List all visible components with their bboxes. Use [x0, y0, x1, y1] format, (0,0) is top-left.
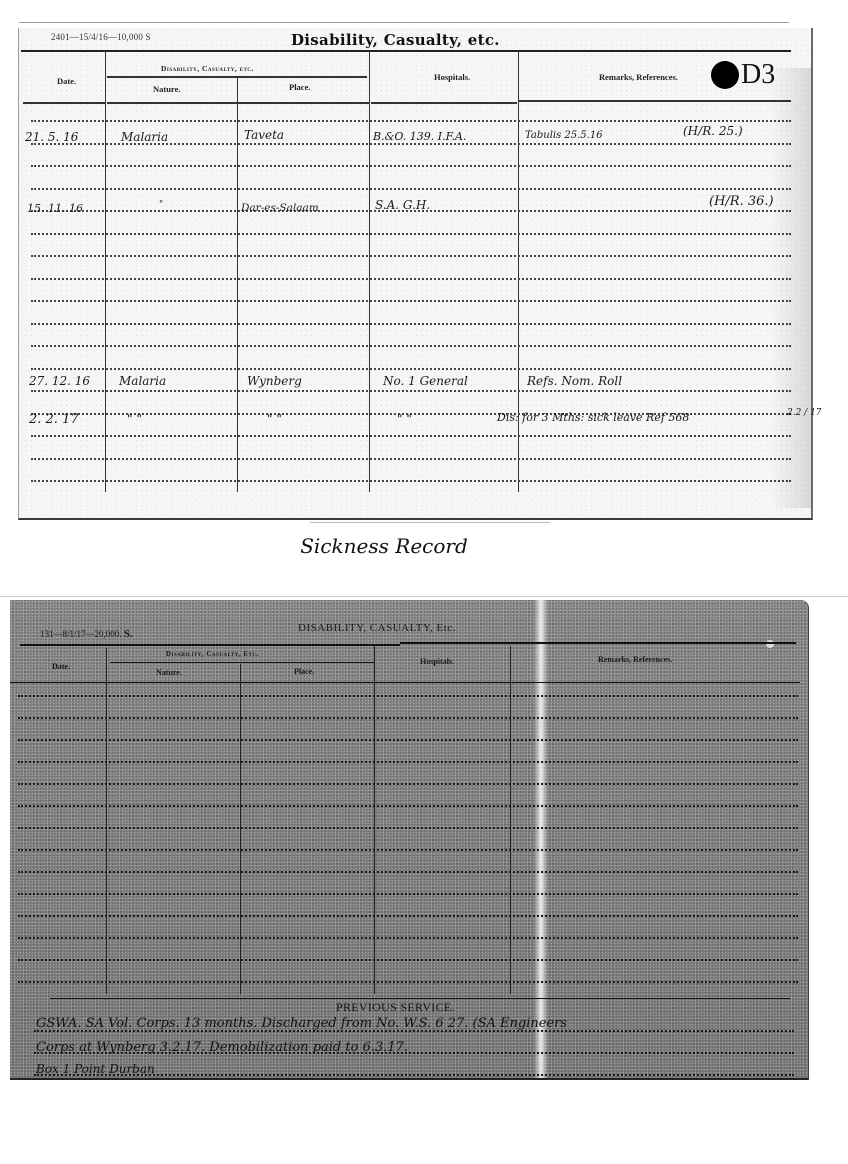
ruled-dotted-line	[18, 937, 798, 939]
serial-suffix: S.	[124, 628, 133, 640]
separator-line	[310, 522, 550, 523]
previous-service-line-2: Corps at Wynberg 3.2.17. Demobilization …	[36, 1040, 408, 1055]
header-remarks: Remarks, References.	[599, 72, 678, 82]
ruled-dotted-line	[18, 695, 798, 697]
column-divider	[374, 646, 375, 994]
entry-3-date: 27. 12. 16	[29, 374, 90, 388]
ruled-dotted-line	[18, 893, 798, 895]
entry-1-reference: (H/R. 25.)	[683, 124, 743, 138]
entry-4-date: 2. 2. 17	[29, 412, 79, 427]
header-bottom-rule	[10, 682, 800, 683]
ruled-dotted-line	[18, 871, 798, 873]
entry-2-nature: "	[159, 200, 163, 210]
header-hospitals: Hospitals.	[420, 657, 454, 666]
ruled-dotted-line	[18, 849, 798, 851]
entry-4-hospital: " "	[397, 412, 412, 426]
title-rule	[21, 50, 791, 52]
separator-line	[0, 596, 848, 597]
entry-4-nature: " "	[127, 412, 142, 426]
entry-4-reference: 2.2 / 17	[787, 408, 822, 418]
header-bottom-rule-date	[23, 102, 105, 104]
ruled-dotted-line	[18, 739, 798, 741]
ruled-dotted-line	[18, 717, 798, 719]
ruled-dotted-line	[31, 233, 791, 235]
title-rule	[400, 642, 796, 644]
header-bottom-rule-group	[107, 102, 369, 104]
ruled-dotted-line	[31, 278, 791, 280]
header-group-rule	[110, 662, 374, 663]
ruled-dotted-line	[31, 188, 791, 190]
top-edge-line	[19, 22, 789, 23]
header-place: Place.	[289, 82, 310, 92]
entry-3-remarks: Refs. Nom. Roll	[527, 374, 622, 388]
previous-service-rule	[50, 998, 790, 999]
header-nature: Nature.	[156, 668, 182, 677]
ruled-dotted-line	[18, 981, 798, 983]
previous-service-line-3: Box 1 Point Durban	[36, 1062, 155, 1076]
fold-crease	[534, 600, 548, 1078]
ruled-dotted-line	[31, 480, 791, 482]
header-disability-group: Disability, Casualty, Etc.	[166, 650, 259, 658]
column-divider	[510, 646, 511, 994]
entry-1-place: Taveta	[244, 128, 284, 142]
ruled-dotted-line	[31, 165, 791, 167]
form-serial-number: 131—8/1/17—20,000. S.	[40, 628, 133, 640]
column-divider	[369, 52, 370, 492]
ruled-dotted-line	[18, 805, 798, 807]
entry-2-place: Dar-es-Salaam	[241, 202, 319, 214]
entry-2-hospital: S.A. G.H.	[375, 198, 430, 212]
ruled-dotted-line	[31, 390, 791, 392]
header-bottom-rule-hospitals	[371, 102, 517, 104]
caption-text: Sickness Record	[300, 534, 468, 558]
previous-service-line-1: GSWA. SA Vol. Corps. 13 months. Discharg…	[36, 1016, 567, 1031]
ruled-dotted-line	[31, 345, 791, 347]
ruled-dotted-line	[18, 761, 798, 763]
sickness-record-card: 2401—15/4/16—10,000 S Disability, Casual…	[18, 28, 813, 520]
entry-1-date: 21. 5. 16	[25, 130, 78, 144]
entry-3-hospital: No. 1 General	[383, 374, 468, 388]
form-title: Disability, Casualty, etc.	[291, 31, 500, 49]
header-date: Date.	[57, 76, 76, 86]
header-remarks: Remarks, References.	[598, 655, 672, 664]
serial-text: 131—8/1/17—20,000.	[40, 629, 122, 639]
ruled-dotted-line	[31, 120, 791, 122]
entry-1-nature: Malaria	[121, 130, 168, 144]
ruled-dotted-line	[31, 458, 791, 460]
ruled-dotted-line	[31, 323, 791, 325]
header-disability-group: Disability, Casualty, etc.	[161, 64, 254, 73]
entry-1-hospital: B.&O. 139. I.F.A.	[373, 130, 466, 143]
header-bottom-rule-remarks	[519, 100, 791, 102]
column-divider	[106, 648, 107, 994]
ruled-dotted-line	[18, 915, 798, 917]
ruled-dotted-line	[31, 255, 791, 257]
header-nature: Nature.	[153, 84, 180, 94]
caption: Sickness Record	[0, 534, 848, 558]
previous-service-label: PREVIOUS SERVICE.	[336, 1000, 455, 1015]
black-dot-marker	[711, 61, 739, 89]
entry-3-nature: Malaria	[119, 374, 166, 388]
card-marker-label: D3	[741, 61, 775, 89]
entry-4-remarks: Dis: for 3 Mths: sick leave Ref 568	[497, 411, 689, 424]
ruled-dotted-line	[31, 300, 791, 302]
ruled-dotted-line	[18, 783, 798, 785]
ruled-dotted-line	[31, 368, 791, 370]
entry-2-reference: (H/R. 36.)	[709, 194, 774, 209]
ruled-dotted-line	[18, 827, 798, 829]
entry-3-place: Wynberg	[247, 374, 302, 388]
ruled-dotted-line	[31, 435, 791, 437]
form-title: DISABILITY, CASUALTY, Etc.	[298, 622, 456, 634]
header-date: Date.	[52, 662, 70, 671]
column-divider	[105, 52, 106, 492]
entry-2-date: 15. 11. 16	[27, 202, 83, 215]
form-serial-number: 2401—15/4/16—10,000 S	[51, 32, 151, 42]
column-divider	[240, 664, 241, 994]
column-divider	[518, 52, 519, 492]
entry-4-place: " "	[267, 412, 282, 426]
header-hospitals: Hospitals.	[434, 72, 470, 82]
header-place: Place.	[294, 667, 314, 676]
column-divider	[237, 78, 238, 492]
entry-1-remarks: Tabulis 25.5.16	[525, 130, 603, 141]
title-rule	[20, 644, 400, 646]
ruled-dotted-line	[18, 959, 798, 961]
previous-service-card: 131—8/1/17—20,000. S. DISABILITY, CASUAL…	[10, 600, 809, 1080]
